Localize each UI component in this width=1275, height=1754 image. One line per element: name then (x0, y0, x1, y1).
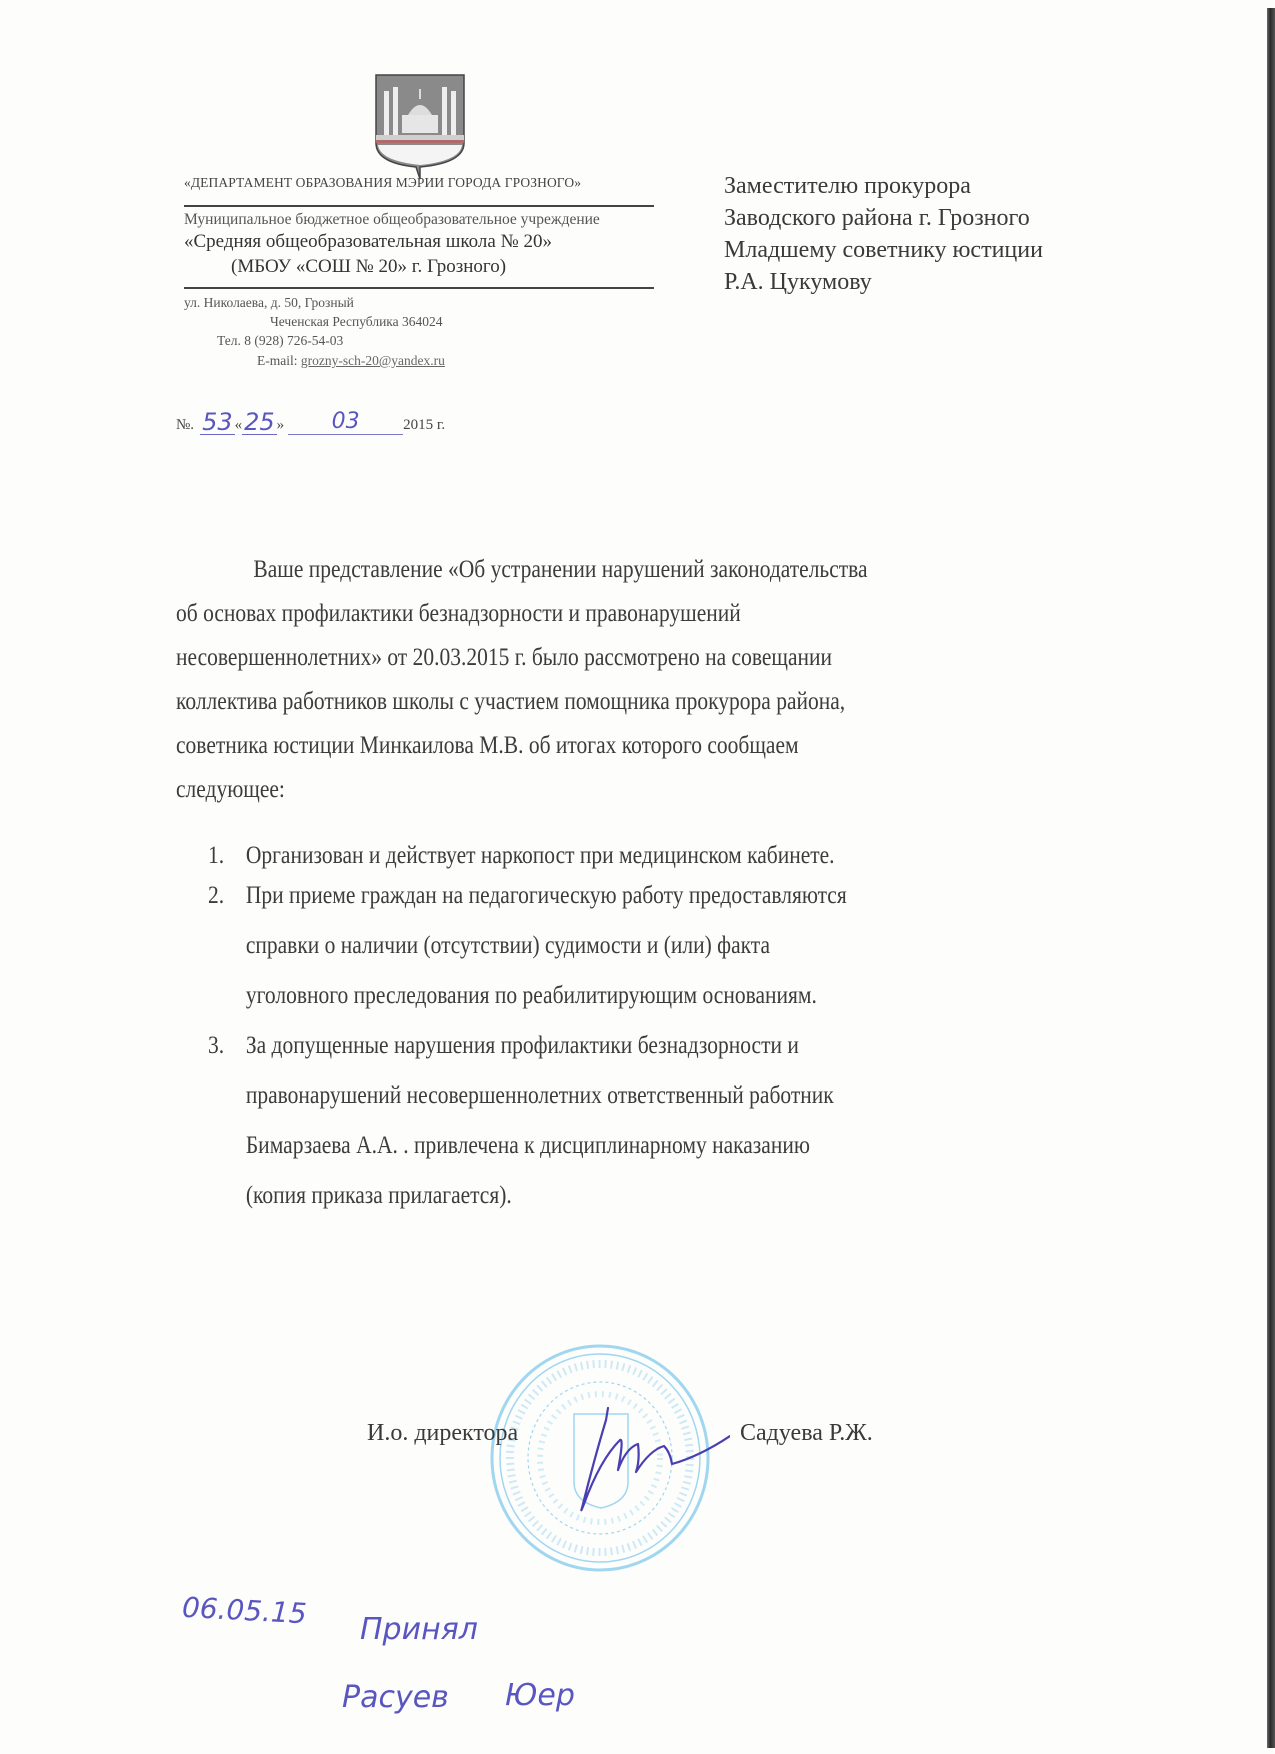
body-line: советника юстиции Минкаилова М.В. об ито… (176, 724, 984, 768)
recipient-line: Младшему советнику юстиции (724, 234, 1043, 266)
email-line: E-mail: grozny-sch-20@yandex.ru (257, 353, 445, 369)
list-item: 1. Организован и действует наркопост при… (208, 834, 1137, 878)
list-item: 3. За допущенные нарушения профилактики … (208, 1024, 1137, 1218)
recipient-block: Заместителю прокурора Заводского района … (724, 170, 1043, 298)
list-item-line: За допущенные нарушения профилактики без… (246, 1024, 1137, 1068)
recipient-line: Р.А. Цукумову (724, 266, 1043, 298)
body-line: об основах профилактики безнадзорности и… (176, 592, 984, 636)
note-date: 06.05.15 (181, 1591, 307, 1630)
outgoing-number: 53 (200, 410, 235, 435)
header-divider (184, 287, 654, 289)
coat-of-arms-icon (372, 73, 468, 181)
list-item-number: 2. (208, 874, 246, 1018)
list-item-line: Бимарзаева А.А. . привлечена к дисциплин… (246, 1124, 1137, 1168)
signatory-title: И.о. директора (367, 1420, 518, 1447)
day-close-quote: » (277, 415, 285, 435)
list-item-number: 1. (208, 834, 246, 878)
list-item: 2. При приеме граждан на педагогическую … (208, 874, 1137, 1018)
note-receiver-name: Расуев (342, 1680, 449, 1715)
list-item-line: справки о наличии (отсутствии) судимости… (246, 924, 1137, 968)
signatory-name: Садуева Р.Ж. (740, 1420, 873, 1447)
date-day: 25 (242, 410, 277, 435)
number-label: №. (176, 415, 194, 435)
organization-type: Муниципальное бюджетное общеобразователь… (184, 211, 600, 229)
address-street: ул. Николаева, д. 50, Грозный (184, 295, 354, 311)
recipient-line: Заводского района г. Грозного (724, 202, 1043, 234)
measures-list: 1. Организован и действует наркопост при… (208, 834, 1137, 1218)
body-paragraph: Ваше представление «Об устранении наруше… (176, 548, 984, 812)
department-name: «ДЕПАРТАМЕНТ ОБРАЗОВАНИЯ МЭРИИ ГОРОДА ГР… (184, 175, 581, 191)
list-item-line: уголовного преследования по реабилитирую… (246, 974, 1137, 1018)
list-item-line: Организован и действует наркопост при ме… (246, 834, 1137, 878)
body-line: Ваше представление «Об устранении наруше… (176, 548, 984, 592)
address-region: Чеченская Республика 364024 (270, 314, 443, 330)
list-item-line: При приеме граждан на педагогическую раб… (246, 874, 1137, 918)
email-label: E-mail: (257, 353, 301, 368)
list-item-number: 3. (208, 1024, 246, 1218)
signature-icon (560, 1400, 730, 1515)
date-month: 03 (288, 410, 403, 435)
note-initials: Юер (505, 1678, 575, 1713)
list-item-line: (копия приказа прилагается). (246, 1174, 1137, 1218)
body-line: следующее: (176, 768, 984, 812)
body-line: несовершеннолетних» от 20.03.2015 г. был… (176, 636, 984, 680)
list-item-line: правонарушений несовершеннолетних ответс… (246, 1074, 1137, 1118)
organization-name: «Средняя общеобразовательная школа № 20» (184, 231, 552, 253)
header-divider (184, 205, 654, 207)
recipient-line: Заместителю прокурора (724, 170, 1043, 202)
organization-short-name: (МБОУ «СОШ № 20» г. Грозного) (231, 256, 506, 278)
body-line: коллектива работников школы с участием п… (176, 680, 984, 724)
note-received: Принял (360, 1612, 478, 1647)
email-link[interactable]: grozny-sch-20@yandex.ru (301, 353, 445, 368)
day-open-quote: « (235, 415, 243, 435)
registration-line: №. 53 « 25 » 03 2015 г. (176, 410, 445, 435)
phone: Тел. 8 (928) 726-54-03 (217, 333, 343, 349)
date-year: 2015 г. (403, 415, 445, 435)
scan-edge (1267, 8, 1275, 1748)
